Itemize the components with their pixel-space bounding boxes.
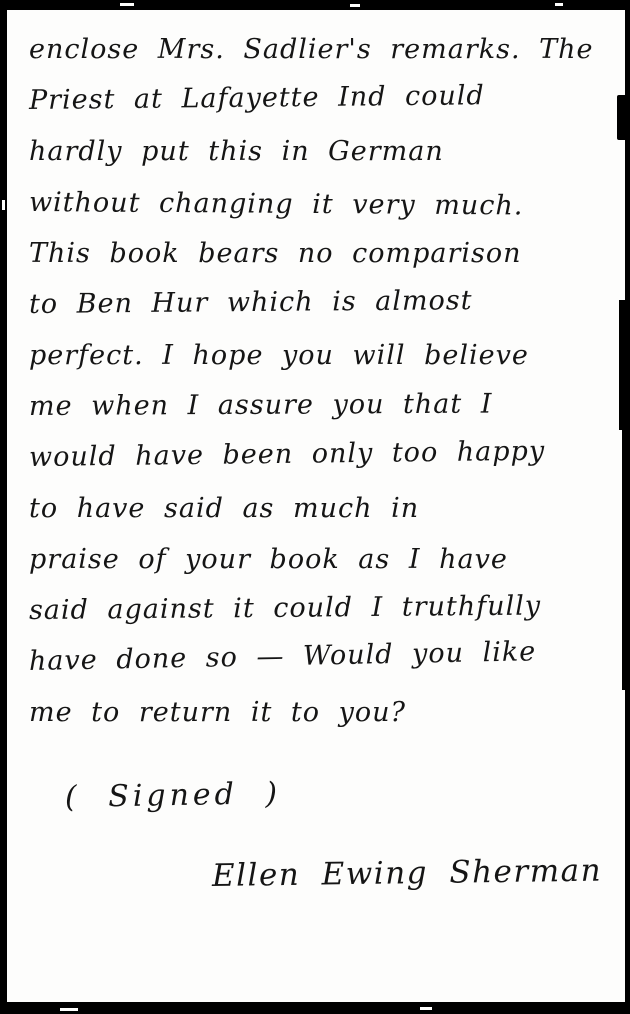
scan-artifact [555,3,563,6]
letter-line: to have said as much in [29,483,617,534]
letter-line: enclose Mrs. Sadlier's remarks. The [29,24,617,75]
letter-line: have done so — Would you like [29,625,618,687]
letter-body: enclose Mrs. Sadlier's remarks. The Prie… [29,24,617,738]
scan-artifact [619,300,630,430]
letter-paper: enclose Mrs. Sadlier's remarks. The Prie… [7,10,625,1002]
scanned-letter-page: enclose Mrs. Sadlier's remarks. The Prie… [0,0,630,1014]
scan-artifact [617,95,630,140]
scan-artifact [622,430,630,690]
scan-artifact [350,4,360,7]
letter-line: hardly put this in German [29,126,617,177]
scan-artifact [120,3,134,6]
letter-line: without changing it very much. [29,177,617,232]
letter-line: praise of your book as I have [29,534,617,585]
letter-line: Priest at Lafayette Ind could [29,69,618,126]
letter-line: me when I assure you that I [29,378,617,432]
letter-line: perfect. I hope you will believe [29,330,617,381]
scan-artifact [420,1007,432,1010]
letter-line: This book bears no comparison [29,228,617,279]
scan-artifact [2,200,5,210]
signed-label: ( Signed ) [65,776,282,815]
letter-line: me to return it to you? [29,687,617,738]
letter-line: to Ben Hur which is almost [29,274,617,330]
signature: Ellen Ewing Sherman [212,853,603,894]
letter-line: would have been only too happy [29,425,618,483]
scan-artifact [60,1008,78,1011]
